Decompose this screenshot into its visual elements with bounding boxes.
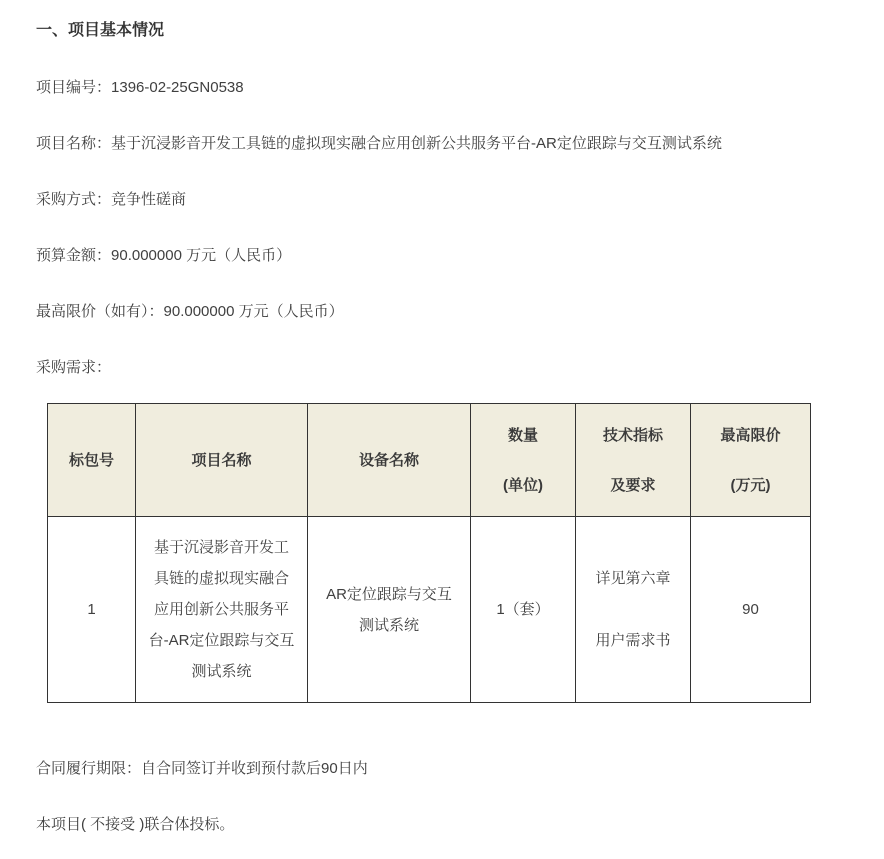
- cell-technical-specs: 详见第六章 用户需求书: [576, 517, 691, 703]
- procurement-table: 标包号 项目名称 设备名称 数量 (单位) 技术指标 及要求 最高限价 (万元)…: [47, 403, 811, 703]
- section-title: 一、项目基本情况: [36, 20, 846, 42]
- header-technical-specs: 技术指标 及要求: [576, 404, 691, 517]
- field-max-price-label: 最高限价（如有）：: [36, 303, 164, 320]
- field-max-price: 最高限价（如有）：90.000000 万元（人民币）: [36, 302, 846, 322]
- cell-project-name: 基于沉浸影音开发工具链的虚拟现实融合应用创新公共服务平台-AR定位跟踪与交互测试…: [136, 517, 308, 703]
- cell-equipment-name: AR定位跟踪与交互测试系统: [308, 517, 471, 703]
- field-budget-amount-label: 预算金额：: [36, 247, 111, 264]
- cell-package-number: 1: [48, 517, 136, 703]
- header-max-price: 最高限价 (万元): [691, 404, 811, 517]
- field-project-name-label: 项目名称：: [36, 135, 111, 152]
- cell-max-price: 90: [691, 517, 811, 703]
- field-contract-term-label: 合同履行期限：: [36, 760, 141, 777]
- header-equipment-name: 设备名称: [308, 404, 471, 517]
- table-header-row: 标包号 项目名称 设备名称 数量 (单位) 技术指标 及要求 最高限价 (万元): [48, 404, 811, 517]
- field-procurement-method-value: 竞争性磋商: [111, 191, 186, 208]
- field-contract-term: 合同履行期限：自合同签订并收到预付款后90日内: [36, 759, 846, 779]
- field-procurement-requirements-label: 采购需求：: [36, 359, 111, 376]
- field-contract-term-value: 自合同签订并收到预付款后90日内: [141, 760, 368, 777]
- header-project-name: 项目名称: [136, 404, 308, 517]
- field-consortium-bidding: 本项目( 不接受 )联合体投标。: [36, 815, 846, 835]
- procurement-table-wrap: 标包号 项目名称 设备名称 数量 (单位) 技术指标 及要求 最高限价 (万元)…: [47, 403, 846, 703]
- header-quantity-unit: 数量 (单位): [471, 404, 576, 517]
- cell-quantity-unit: 1（套）: [471, 517, 576, 703]
- field-procurement-requirements: 采购需求：: [36, 358, 846, 378]
- field-project-number: 项目编号：1396-02-25GN0538: [36, 78, 846, 98]
- field-consortium-bidding-value: 本项目( 不接受 )联合体投标。: [36, 816, 234, 833]
- document-page: 一、项目基本情况 项目编号：1396-02-25GN0538 项目名称：基于沉浸…: [0, 0, 884, 859]
- field-budget-amount: 预算金额：90.000000 万元（人民币）: [36, 246, 846, 266]
- field-project-name-value: 基于沉浸影音开发工具链的虚拟现实融合应用创新公共服务平台-AR定位跟踪与交互测试…: [111, 135, 722, 152]
- field-project-number-value: 1396-02-25GN0538: [111, 79, 244, 96]
- field-project-number-label: 项目编号：: [36, 79, 111, 96]
- field-max-price-value: 90.000000 万元（人民币）: [164, 303, 344, 320]
- field-procurement-method-label: 采购方式：: [36, 191, 111, 208]
- field-project-name: 项目名称：基于沉浸影音开发工具链的虚拟现实融合应用创新公共服务平台-AR定位跟踪…: [36, 134, 846, 154]
- field-budget-amount-value: 90.000000 万元（人民币）: [111, 247, 291, 264]
- header-package-number: 标包号: [48, 404, 136, 517]
- table-row: 1 基于沉浸影音开发工具链的虚拟现实融合应用创新公共服务平台-AR定位跟踪与交互…: [48, 517, 811, 703]
- field-procurement-method: 采购方式：竞争性磋商: [36, 190, 846, 210]
